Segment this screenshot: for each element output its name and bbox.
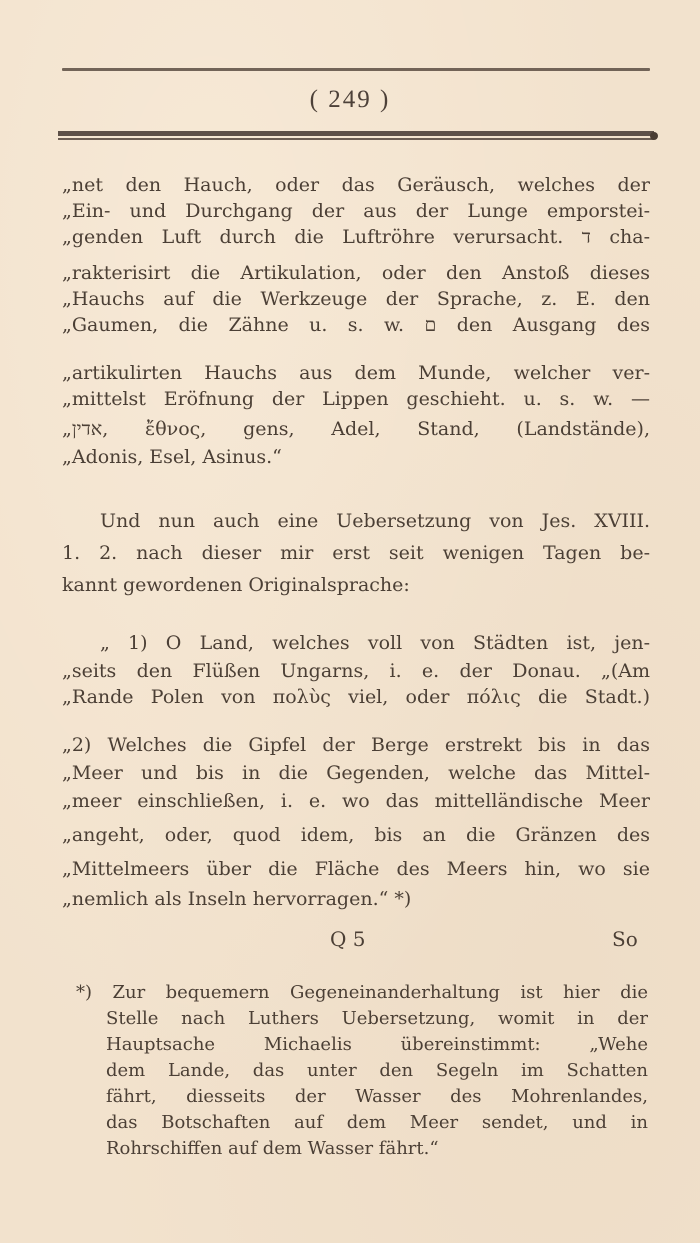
text-line: „rakterisirt die Artikulation, oder den … — [62, 260, 650, 286]
text-line: „mittelst Eröfnung der Lippen geschieht.… — [62, 386, 650, 412]
footnote-line: Rohrschiffen auf dem Wasser fährt.“ — [106, 1136, 648, 1162]
catchword: So — [612, 924, 638, 954]
text-line: „Gaumen, die Zähne u. s. w. ם den Ausgan… — [62, 312, 650, 338]
quote-line: „Meer und bis in die Gegenden, welche da… — [62, 760, 650, 786]
text-line: „net den Hauch, oder das Geräusch, welch… — [62, 172, 650, 198]
footnote-line: *) Zur bequemern Gegeneinanderhaltung is… — [76, 980, 648, 1006]
quote-line: „Rande Polen von πολὺς viel, oder πόλις … — [62, 684, 650, 710]
text-line: „genden Luft durch die Luftröhre verursa… — [62, 224, 650, 250]
paragraph-line: kannt gewordenen Originalsprache: — [62, 572, 650, 598]
signature-mark: Q 5 — [330, 924, 365, 954]
quote-line: „ 1) O Land, welches voll von Städten is… — [100, 630, 650, 656]
footnote-line: das Botschaften auf dem Meer sendet, und… — [106, 1110, 648, 1136]
rule-thick — [58, 131, 654, 136]
text-line: „Ein- und Durchgang der aus der Lunge em… — [62, 198, 650, 224]
footnote-line: Hauptsache Michaelis übereinstimmt: „Weh… — [106, 1032, 648, 1058]
rule-thin — [58, 138, 654, 140]
text-line: „Adonis, Esel, Asinus.“ — [62, 444, 650, 470]
header-rule-top — [62, 68, 650, 71]
quote-line: „angeht, oder, quod idem, bis an die Grä… — [62, 822, 650, 848]
quote-line: „meer einschließen, i. e. wo das mittell… — [62, 788, 650, 814]
text-line: „אדין, ἔθνος, gens, Adel, Stand, (Landst… — [62, 416, 650, 442]
quote-line: „seits den Flüßen Ungarns, i. e. der Don… — [62, 658, 650, 684]
quote-line: „2) Welches die Gipfel der Berge erstrek… — [62, 732, 650, 758]
text-line: „artikulirten Hauchs aus dem Munde, welc… — [62, 360, 650, 386]
rule-ornament — [650, 132, 658, 140]
footnote-line: fährt, diesseits der Wasser des Mohrenla… — [106, 1084, 648, 1110]
page-number: ( 249 ) — [0, 86, 700, 114]
quote-line: „nemlich als Inseln hervorragen.“ *) — [62, 886, 650, 912]
quote-line: „Mittelmeers über die Fläche des Meers h… — [62, 856, 650, 882]
footnote-line: dem Lande, das unter den Segeln im Schat… — [106, 1058, 648, 1084]
paragraph-line: Und nun auch eine Uebersetzung von Jes. … — [100, 508, 650, 534]
header-rule-double — [58, 131, 654, 140]
footnote-line: Stelle nach Luthers Uebersetzung, womit … — [106, 1006, 648, 1032]
paragraph-line: 1. 2. nach dieser mir erst seit wenigen … — [62, 540, 650, 566]
text-line: „Hauchs auf die Werkzeuge der Sprache, z… — [62, 286, 650, 312]
